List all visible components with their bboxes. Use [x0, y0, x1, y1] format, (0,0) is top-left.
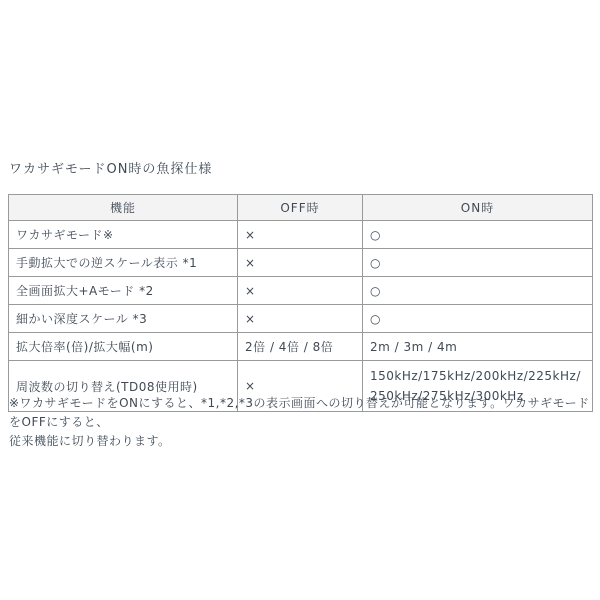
- cell-on-value: ○: [363, 305, 593, 333]
- cell-off-value: ×: [238, 249, 363, 277]
- footnote: ※ワカサギモードをONにすると、*1,*2,*3の表示画面への切り替えが可能とな…: [9, 394, 595, 451]
- table-row: 手動拡大での逆スケール表示 *1 × ○: [9, 249, 593, 277]
- page-title: ワカサギモードON時の魚探仕様: [9, 158, 212, 177]
- table-header-row: 機能 OFF時 ON時: [9, 195, 593, 221]
- header-on: ON時: [363, 195, 593, 221]
- cell-feature: 手動拡大での逆スケール表示 *1: [9, 249, 238, 277]
- cell-feature: 拡大倍率(倍)/拡大幅(m): [9, 333, 238, 361]
- cell-on-value: ○: [363, 221, 593, 249]
- table-row: 細かい深度スケール *3 × ○: [9, 305, 593, 333]
- cell-off-value: ×: [238, 305, 363, 333]
- table-row: 全画面拡大+Aモード *2 × ○: [9, 277, 593, 305]
- header-off: OFF時: [238, 195, 363, 221]
- cell-feature: 細かい深度スケール *3: [9, 305, 238, 333]
- cell-on-value: ○: [363, 249, 593, 277]
- cell-feature: ワカサギモード※: [9, 221, 238, 249]
- cell-feature: 全画面拡大+Aモード *2: [9, 277, 238, 305]
- spec-table: 機能 OFF時 ON時 ワカサギモード※ × ○ 手動拡大での逆スケール表示 *…: [8, 194, 593, 412]
- spec-sheet-page: ワカサギモードON時の魚探仕様 機能 OFF時 ON時 ワカサギモード※ × ○…: [0, 0, 600, 600]
- table-row: 拡大倍率(倍)/拡大幅(m) 2倍 / 4倍 / 8倍 2m / 3m / 4m: [9, 333, 593, 361]
- header-feature: 機能: [9, 195, 238, 221]
- cell-off-value: ×: [238, 277, 363, 305]
- cell-off-value: 2倍 / 4倍 / 8倍: [238, 333, 363, 361]
- cell-on-value: 2m / 3m / 4m: [363, 333, 593, 361]
- cell-off-value: ×: [238, 221, 363, 249]
- table-row: ワカサギモード※ × ○: [9, 221, 593, 249]
- cell-on-value: ○: [363, 277, 593, 305]
